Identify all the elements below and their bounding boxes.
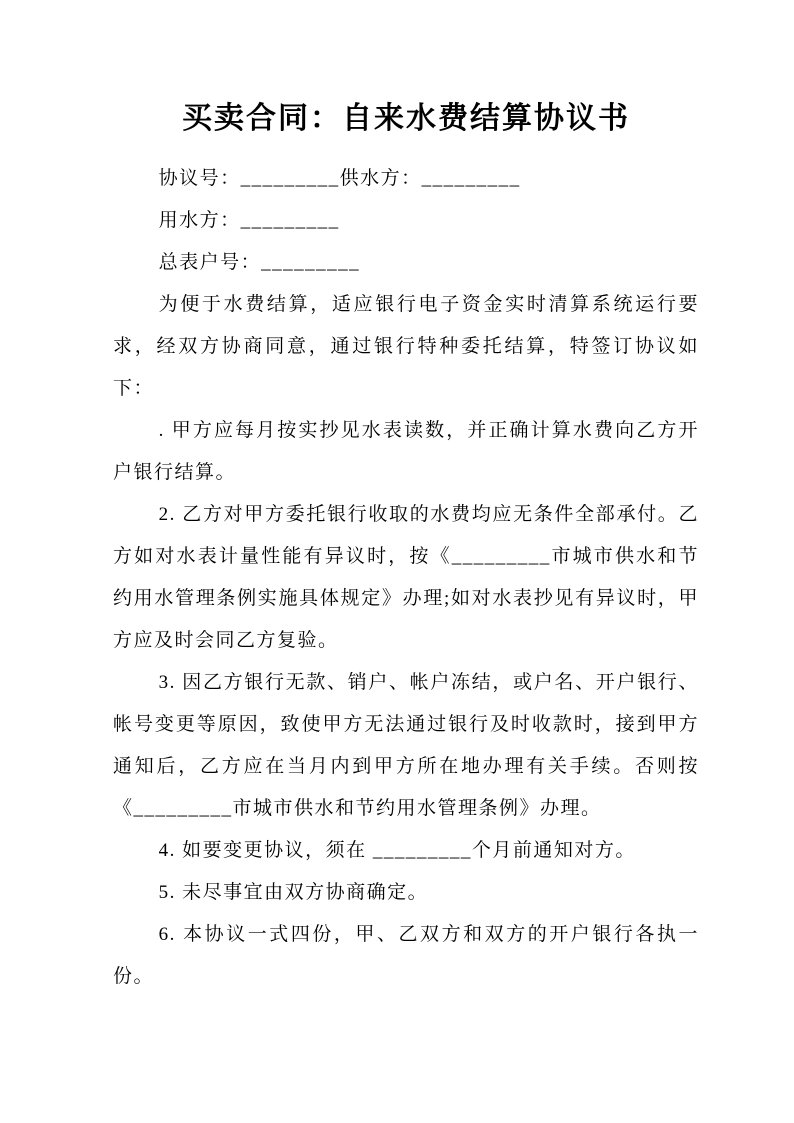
field-line-water-user: 用水方：_________ [113, 200, 699, 242]
field-line-master-meter-account: 总表户号：_________ [113, 242, 699, 284]
paragraph-preamble: 为便于水费结算，适应银行电子资金实时清算系统运行要求，经双方协商同意，通过银行特… [113, 284, 699, 410]
paragraph-clause-3: 3. 因乙方银行无款、销户、帐户冻结，或户名、开户银行、帐号变更等原因，致使甲方… [113, 662, 699, 830]
paragraph-clause-5: 5. 未尽事宜由双方协商确定。 [113, 872, 699, 914]
paragraph-clause-4: 4. 如要变更协议，须在 _________个月前通知对方。 [113, 830, 699, 872]
document-title: 买卖合同：自来水费结算协议书 [113, 96, 699, 142]
paragraph-clause-6: 6. 本协议一式四份，甲、乙双方和双方的开户银行各执一份。 [113, 914, 699, 998]
document-content: 买卖合同：自来水费结算协议书 协议号：_________供水方：________… [0, 0, 794, 998]
paragraph-clause-2: 2. 乙方对甲方委托银行收取的水费均应无条件全部承付。乙方如对水表计量性能有异议… [113, 494, 699, 662]
document-page: 买卖合同：自来水费结算协议书 协议号：_________供水方：________… [0, 0, 794, 1123]
paragraph-clause-1: . 甲方应每月按实抄见水表读数，并正确计算水费向乙方开户银行结算。 [113, 410, 699, 494]
field-line-agreement-number: 协议号：_________供水方：_________ [113, 158, 699, 200]
